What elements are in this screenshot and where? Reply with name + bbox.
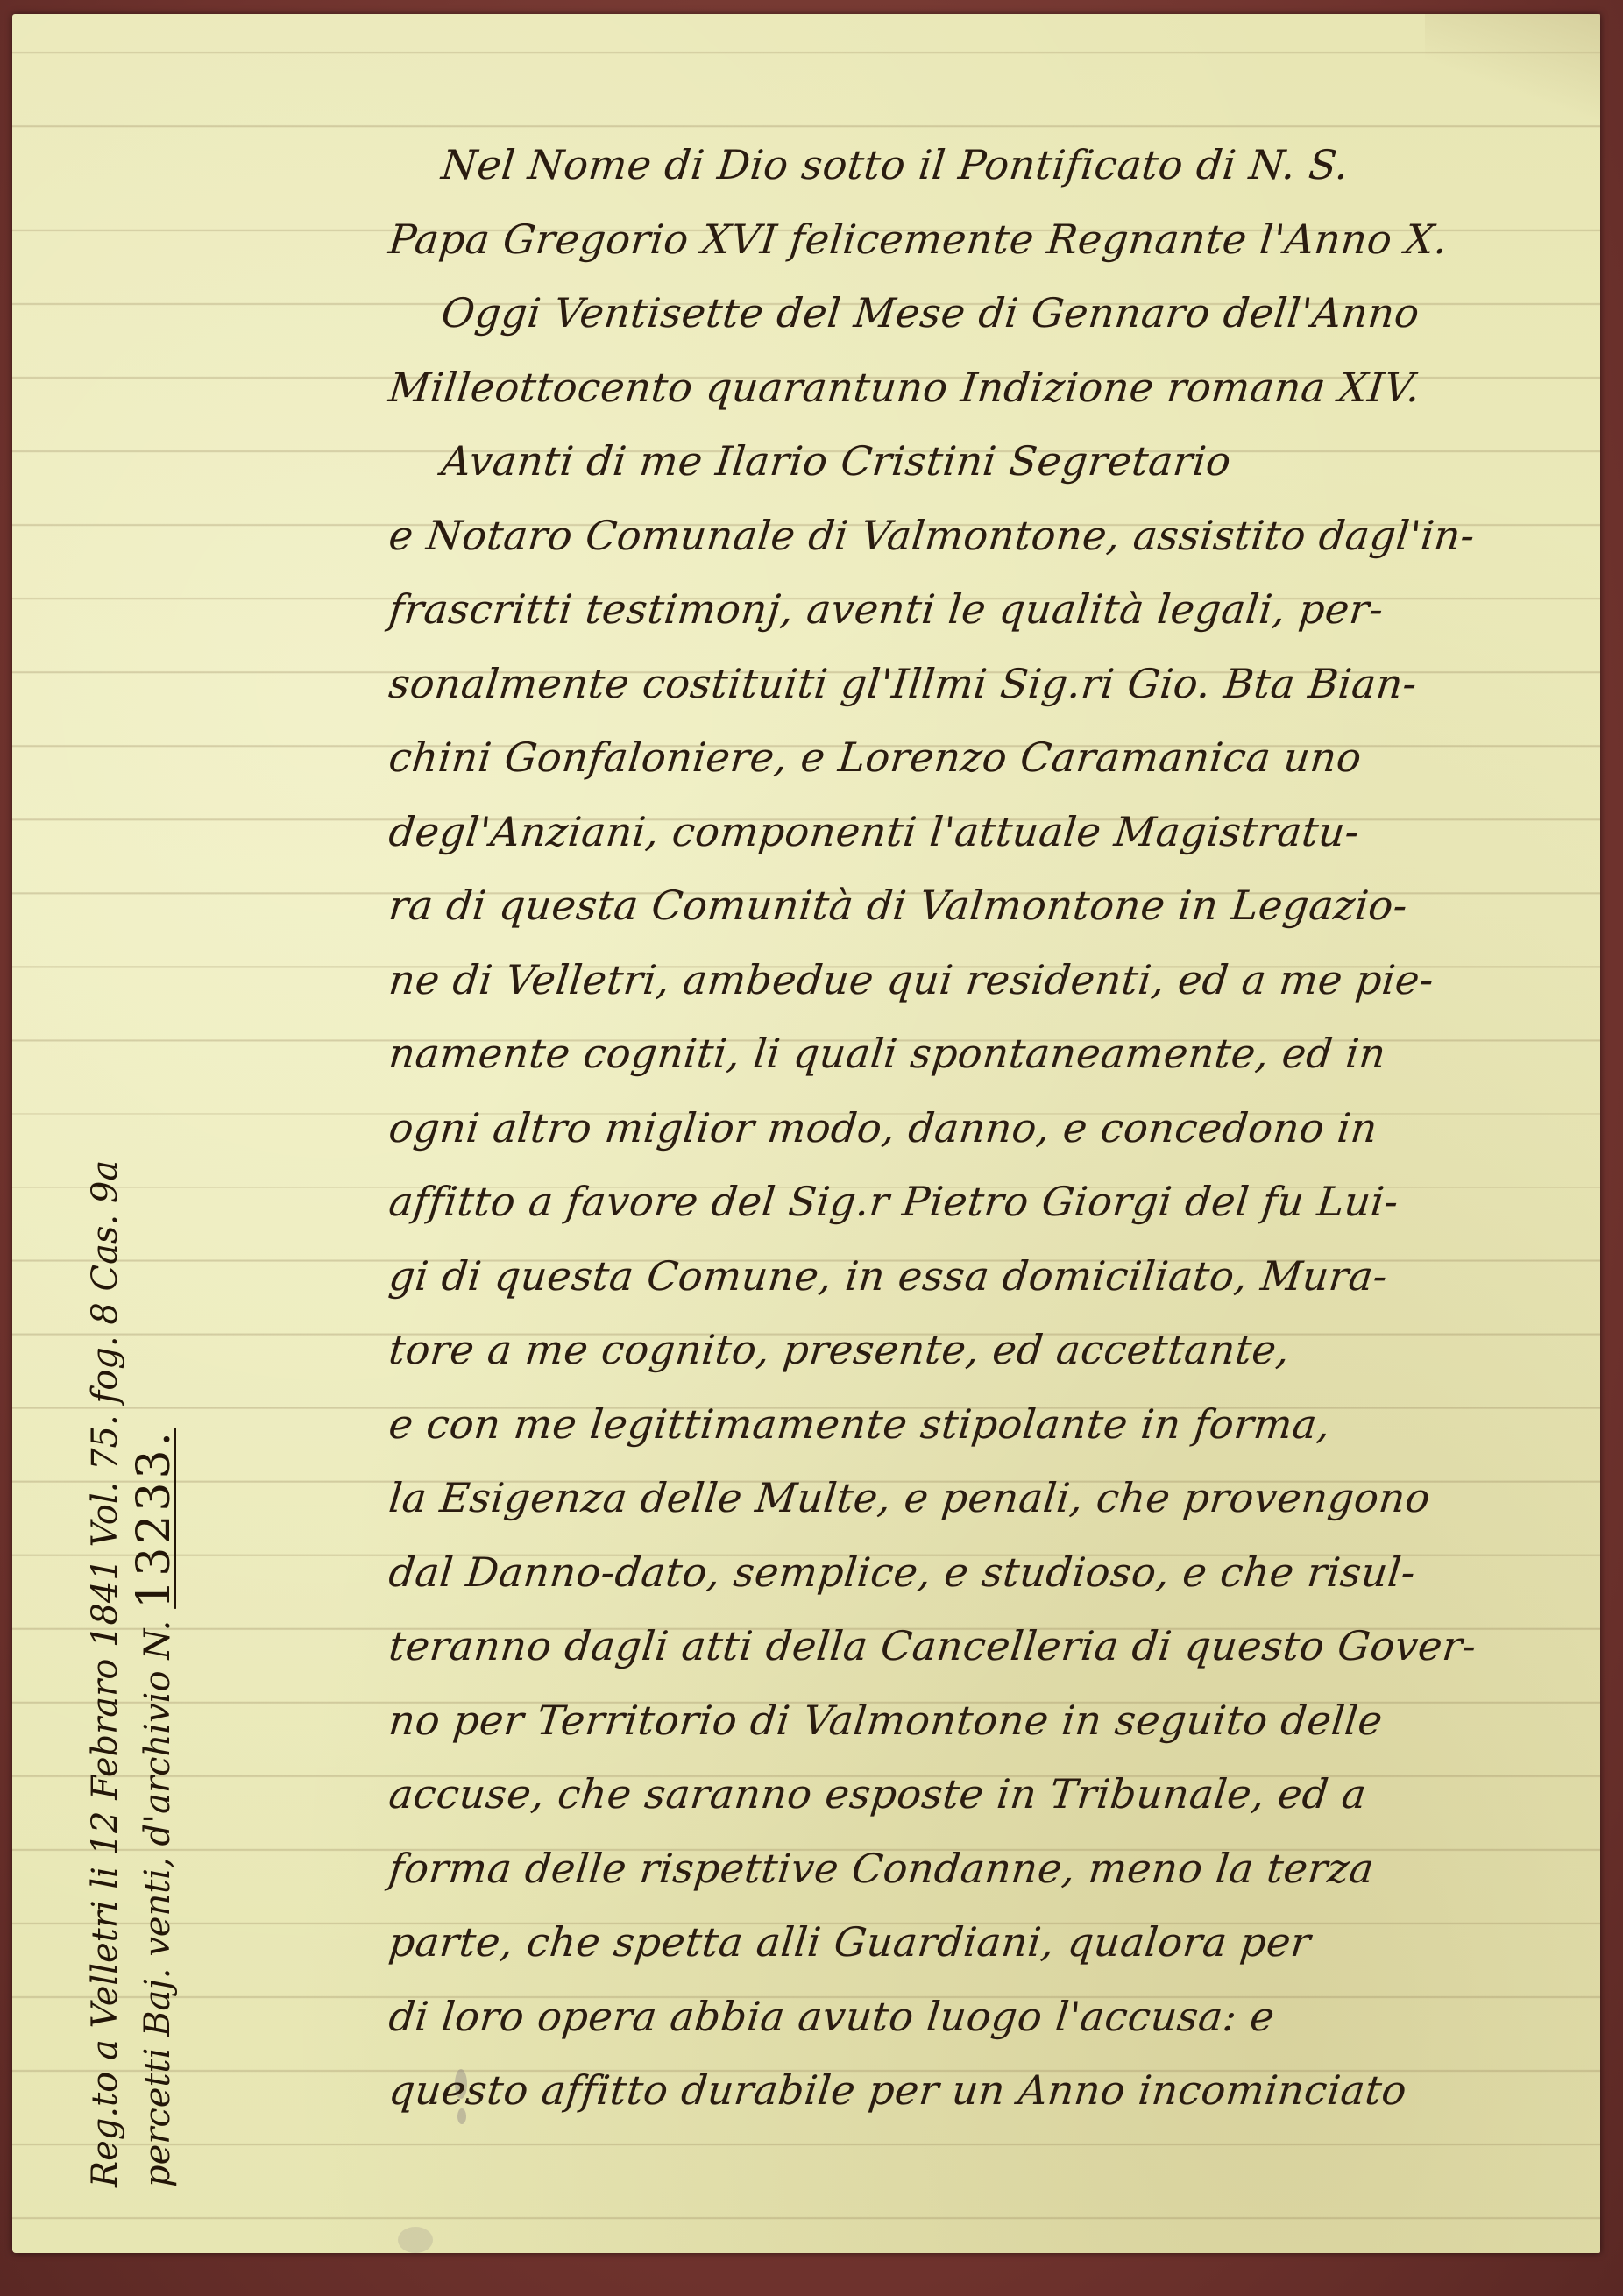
text-line: tore a me cognito, presente, ed accettan… xyxy=(386,1313,1594,1387)
text-line: affitto a favore del Sig.r Pietro Giorgi… xyxy=(386,1165,1594,1239)
document-page: Nel Nome di Dio sotto il Pontificato di … xyxy=(12,14,1600,2253)
text-line: forma delle rispettive Condanne, meno la… xyxy=(386,1832,1594,1906)
water-stain xyxy=(398,2227,433,2253)
text-line: e Notaro Comunale di Valmontone, assisti… xyxy=(386,499,1594,573)
archive-number: 13233. xyxy=(128,1428,181,1609)
text-line: ogni altro miglior modo, danno, e conced… xyxy=(386,1091,1594,1166)
text-line: ne di Velletri, ambedue qui residenti, e… xyxy=(386,943,1594,1017)
text-line: no per Territorio di Valmontone in segui… xyxy=(386,1683,1594,1758)
text-line: degl'Anziani, componenti l'attuale Magis… xyxy=(386,795,1594,869)
text-line: la Esigenza delle Multe, e penali, che p… xyxy=(386,1461,1594,1535)
text-line: Papa Gregorio XVI felicemente Regnante l… xyxy=(386,202,1594,277)
text-line: parte, che spetta alli Guardiani, qualor… xyxy=(386,1905,1594,1980)
margin-registration-note: Reg.to a Velletri li 12 Febraro 1841 Vol… xyxy=(81,1004,182,2187)
text-line: frascritti testimonj, aventi le qualità … xyxy=(386,572,1594,647)
text-line: namente cogniti, li quali spontaneamente… xyxy=(386,1017,1594,1091)
text-line: sonalmente costituiti gl'Illmi Sig.ri Gi… xyxy=(386,647,1594,721)
document-body: Nel Nome di Dio sotto il Pontificato di … xyxy=(389,128,1590,2128)
text-line: dal Danno-dato, semplice, e studioso, e … xyxy=(386,1535,1594,1610)
text-line: Milleottocento quarantuno Indizione roma… xyxy=(386,351,1594,425)
text-line: questo affitto durabile per un Anno inco… xyxy=(386,2053,1594,2128)
text-line: Nel Nome di Dio sotto il Pontificato di … xyxy=(386,128,1594,202)
text-line: chini Gonfaloniere, e Lorenzo Caramanica… xyxy=(386,720,1594,795)
margin-note-line-1: Reg.to a Velletri li 12 Febraro 1841 Vol… xyxy=(81,1004,130,2187)
text-line: Oggi Ventisette del Mese di Gennaro dell… xyxy=(386,276,1594,351)
text-line: di loro opera abbia avuto luogo l'accusa… xyxy=(386,1980,1594,2054)
text-line: Avanti di me Ilario Cristini Segretario xyxy=(386,424,1594,499)
text-line: ra di questa Comunità di Valmontone in L… xyxy=(386,868,1594,943)
text-line: e con me legittimamente stipolante in fo… xyxy=(386,1387,1594,1462)
text-line: gi di questa Comune, in essa domiciliato… xyxy=(386,1239,1594,1314)
text-line: teranno dagli atti della Cancelleria di … xyxy=(386,1609,1594,1683)
margin-note-text: percetti Baj. venti, d'archivio N. xyxy=(138,1620,178,2187)
margin-note-line-2: percetti Baj. venti, d'archivio N. 13233… xyxy=(130,1004,182,2187)
folded-corner xyxy=(1425,14,1600,137)
text-line: accuse, che saranno esposte in Tribunale… xyxy=(386,1757,1594,1832)
